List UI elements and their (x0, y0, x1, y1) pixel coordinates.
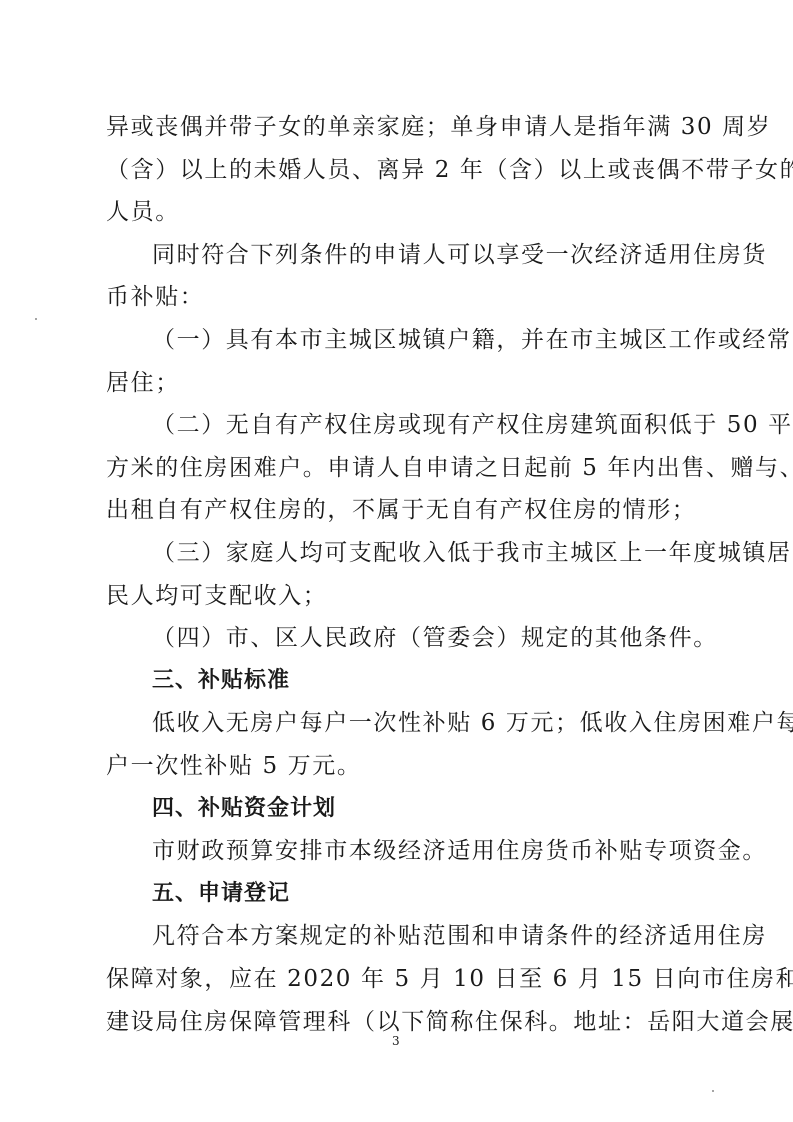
page-number: 3 (392, 1034, 400, 1048)
text-line: （含）以上的未婚人员、离异 2 年（含）以上或丧偶不带子女的 (106, 155, 706, 185)
scan-speck (35, 318, 37, 320)
section-heading: 五、申请登记 (152, 879, 752, 909)
text-line: 低收入无房户每户一次性补贴 6 万元；低收入住房困难户每 (152, 708, 752, 738)
text-line: 居住； (106, 368, 706, 398)
text-line: 建设局住房保障管理科（以下简称住保科。地址：岳阳大道会展 (106, 1007, 706, 1037)
text-line: 异或丧偶并带子女的单亲家庭；单身申请人是指年满 30 周岁 (106, 112, 706, 142)
text-line: （三）家庭人均可支配收入低于我市主城区上一年度城镇居 (152, 538, 752, 568)
text-line: 方米的住房困难户。申请人自申请之日起前 5 年内出售、赠与、 (106, 453, 706, 483)
text-line: 民人均可支配收入； (106, 581, 706, 611)
text-line: （一）具有本市主城区城镇户籍，并在市主城区工作或经常 (152, 325, 752, 355)
document-page: 异或丧偶并带子女的单亲家庭；单身申请人是指年满 30 周岁（含）以上的未婚人员、… (0, 0, 793, 1122)
section-heading: 四、补贴资金计划 (152, 794, 752, 824)
text-line: 币补贴： (106, 282, 706, 312)
text-line: 保障对象，应在 2020 年 5 月 10 日至 6 月 15 日向市住房和城乡 (106, 964, 706, 994)
text-line: 人员。 (106, 197, 706, 227)
text-line: 市财政预算安排市本级经济适用住房货币补贴专项资金。 (152, 836, 752, 866)
scan-speck (712, 1090, 714, 1092)
text-line: 户一次性补贴 5 万元。 (106, 751, 706, 781)
text-line: （四）市、区人民政府（管委会）规定的其他条件。 (152, 623, 752, 653)
section-heading: 三、补贴标准 (152, 666, 752, 696)
text-line: 同时符合下列条件的申请人可以享受一次经济适用住房货 (152, 240, 752, 270)
text-line: （二）无自有产权住房或现有产权住房建筑面积低于 50 平 (152, 410, 752, 440)
text-line: 出租自有产权住房的，不属于无自有产权住房的情形； (106, 495, 706, 525)
text-line: 凡符合本方案规定的补贴范围和申请条件的经济适用住房 (152, 921, 752, 951)
